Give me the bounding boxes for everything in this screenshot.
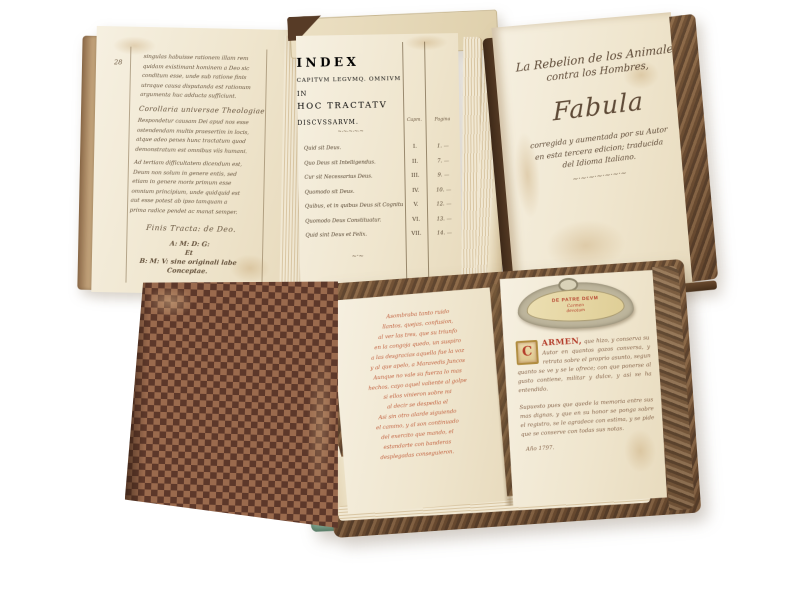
page-number: 28 — [114, 58, 122, 66]
paragraph: Ad tertiam difficultatem dicendum est,De… — [129, 159, 260, 219]
index-entry: Quid sint Deus et Felix. — [305, 231, 403, 239]
section-heading: Corollaria universae Theologiae — [138, 104, 265, 116]
cover-wear — [123, 274, 346, 543]
photo-of-manuscripts: 28 singulas habuisse rationem illam remq… — [0, 0, 800, 600]
book-latin-page: 28 singulas habuisse rationem illam remq… — [91, 26, 289, 296]
scribal-flourish: ~·~ — [352, 253, 364, 260]
index-subtitle: CAPITVM LEGVMQ. OMNIVM — [297, 76, 403, 84]
book-carmen-open: Asombraba tanto ruidollantos, quejas, co… — [286, 244, 719, 584]
index-page-number: 1. — — [426, 143, 460, 150]
index-entry: Quibus, et in quibus Deus sit Cognitus. — [305, 202, 403, 210]
illuminated-initial: C — [515, 340, 538, 365]
decorative-cartouche: DE PATRE DEVM Carmen devotum — [516, 279, 635, 332]
page-stain — [396, 31, 456, 54]
carmen-paragraph-2: Supuesto pues que quede la memoria entre… — [519, 396, 655, 440]
carmen-text-block: CARMEN, que hizo, y conserva su Autor en… — [515, 332, 656, 455]
index-entry: Quo Deus sit Intelligendus. — [304, 159, 402, 167]
column-header-pagina: Pagina — [425, 117, 459, 123]
index-page-number: 12. — — [427, 201, 461, 208]
cartouche-panel: DE PATRE DEVM Carmen devotum — [526, 287, 626, 325]
index-caput: VI. — [405, 216, 427, 222]
book-checkered-cover — [123, 274, 346, 543]
dedication-line: B: M: V: sine originali labe Conceptae. — [124, 256, 252, 277]
index-table: Quid sit Deus. I. 1. — Quo Deus sit Inte… — [298, 143, 462, 247]
fabula-text-block: La Rebelion de los Animales contra los H… — [515, 40, 682, 189]
index-subtitle: HOC TRACTATV — [297, 100, 403, 112]
book-latin-manuscript: 28 singulas habuisse rationem illam remq… — [75, 24, 313, 301]
index-title: INDEX — [296, 54, 402, 70]
paragraph: Respondetur causam Dei apud nos esseoste… — [135, 117, 264, 158]
index-entry: Quomodo Deus Constituatur. — [305, 217, 403, 225]
handwritten-line: prima radice pendet ac manat semper. — [129, 206, 256, 218]
index-caput: IV. — [405, 187, 427, 193]
index-caput: I. — [404, 144, 426, 150]
paragraph: singulas habuisse rationem illam remquid… — [140, 53, 270, 103]
index-subtitle: DISCVSSARVM. — [297, 118, 403, 127]
index-page-number: 7. — — [426, 158, 460, 165]
index-subtitle: IN — [297, 88, 403, 98]
index-page-number: 9. — — [426, 172, 460, 179]
index-entry: Quid sit Deus. — [304, 144, 402, 152]
column-header-caput: Capm. — [403, 118, 425, 123]
carmen-right-page: DE PATRE DEVM Carmen devotum CARMEN, que… — [500, 270, 667, 507]
flourish: ~·~·~·~·~ — [298, 128, 404, 136]
carmen-left-page: Asombraba tanto ruidollantos, quejas, co… — [330, 287, 507, 514]
index-page: INDEX CAPITVM LEGVMQ. OMNIVM IN HOC TRAC… — [296, 33, 462, 294]
dedication-block: A: M: D: G:EtB: M: V: sine originali lab… — [124, 238, 253, 277]
index-page-number: 13. — — [427, 216, 461, 223]
index-row: Quid sint Deus et Felix. VII. 14. — — [299, 230, 461, 247]
carmen-heading: ARMEN, — [541, 335, 582, 347]
index-caput: II. — [404, 158, 426, 164]
index-entry: Cur sit Necessarius Deus. — [304, 173, 402, 181]
handwritten-text-block: singulas habuisse rationem illam remquid… — [124, 53, 270, 277]
index-page-number: 14. — — [427, 230, 461, 237]
finis-line: Finis Tracta: de Deo. — [128, 223, 255, 235]
index-caput: V. — [405, 202, 427, 208]
index-caput: III. — [404, 173, 426, 179]
index-caput: VII. — [405, 231, 427, 237]
red-ink-verse-block: Asombraba tanto ruidollantos, quejas, co… — [346, 304, 490, 467]
index-page-number: 10. — — [427, 187, 461, 194]
index-entry: Quomodo sit Deus. — [305, 188, 403, 196]
